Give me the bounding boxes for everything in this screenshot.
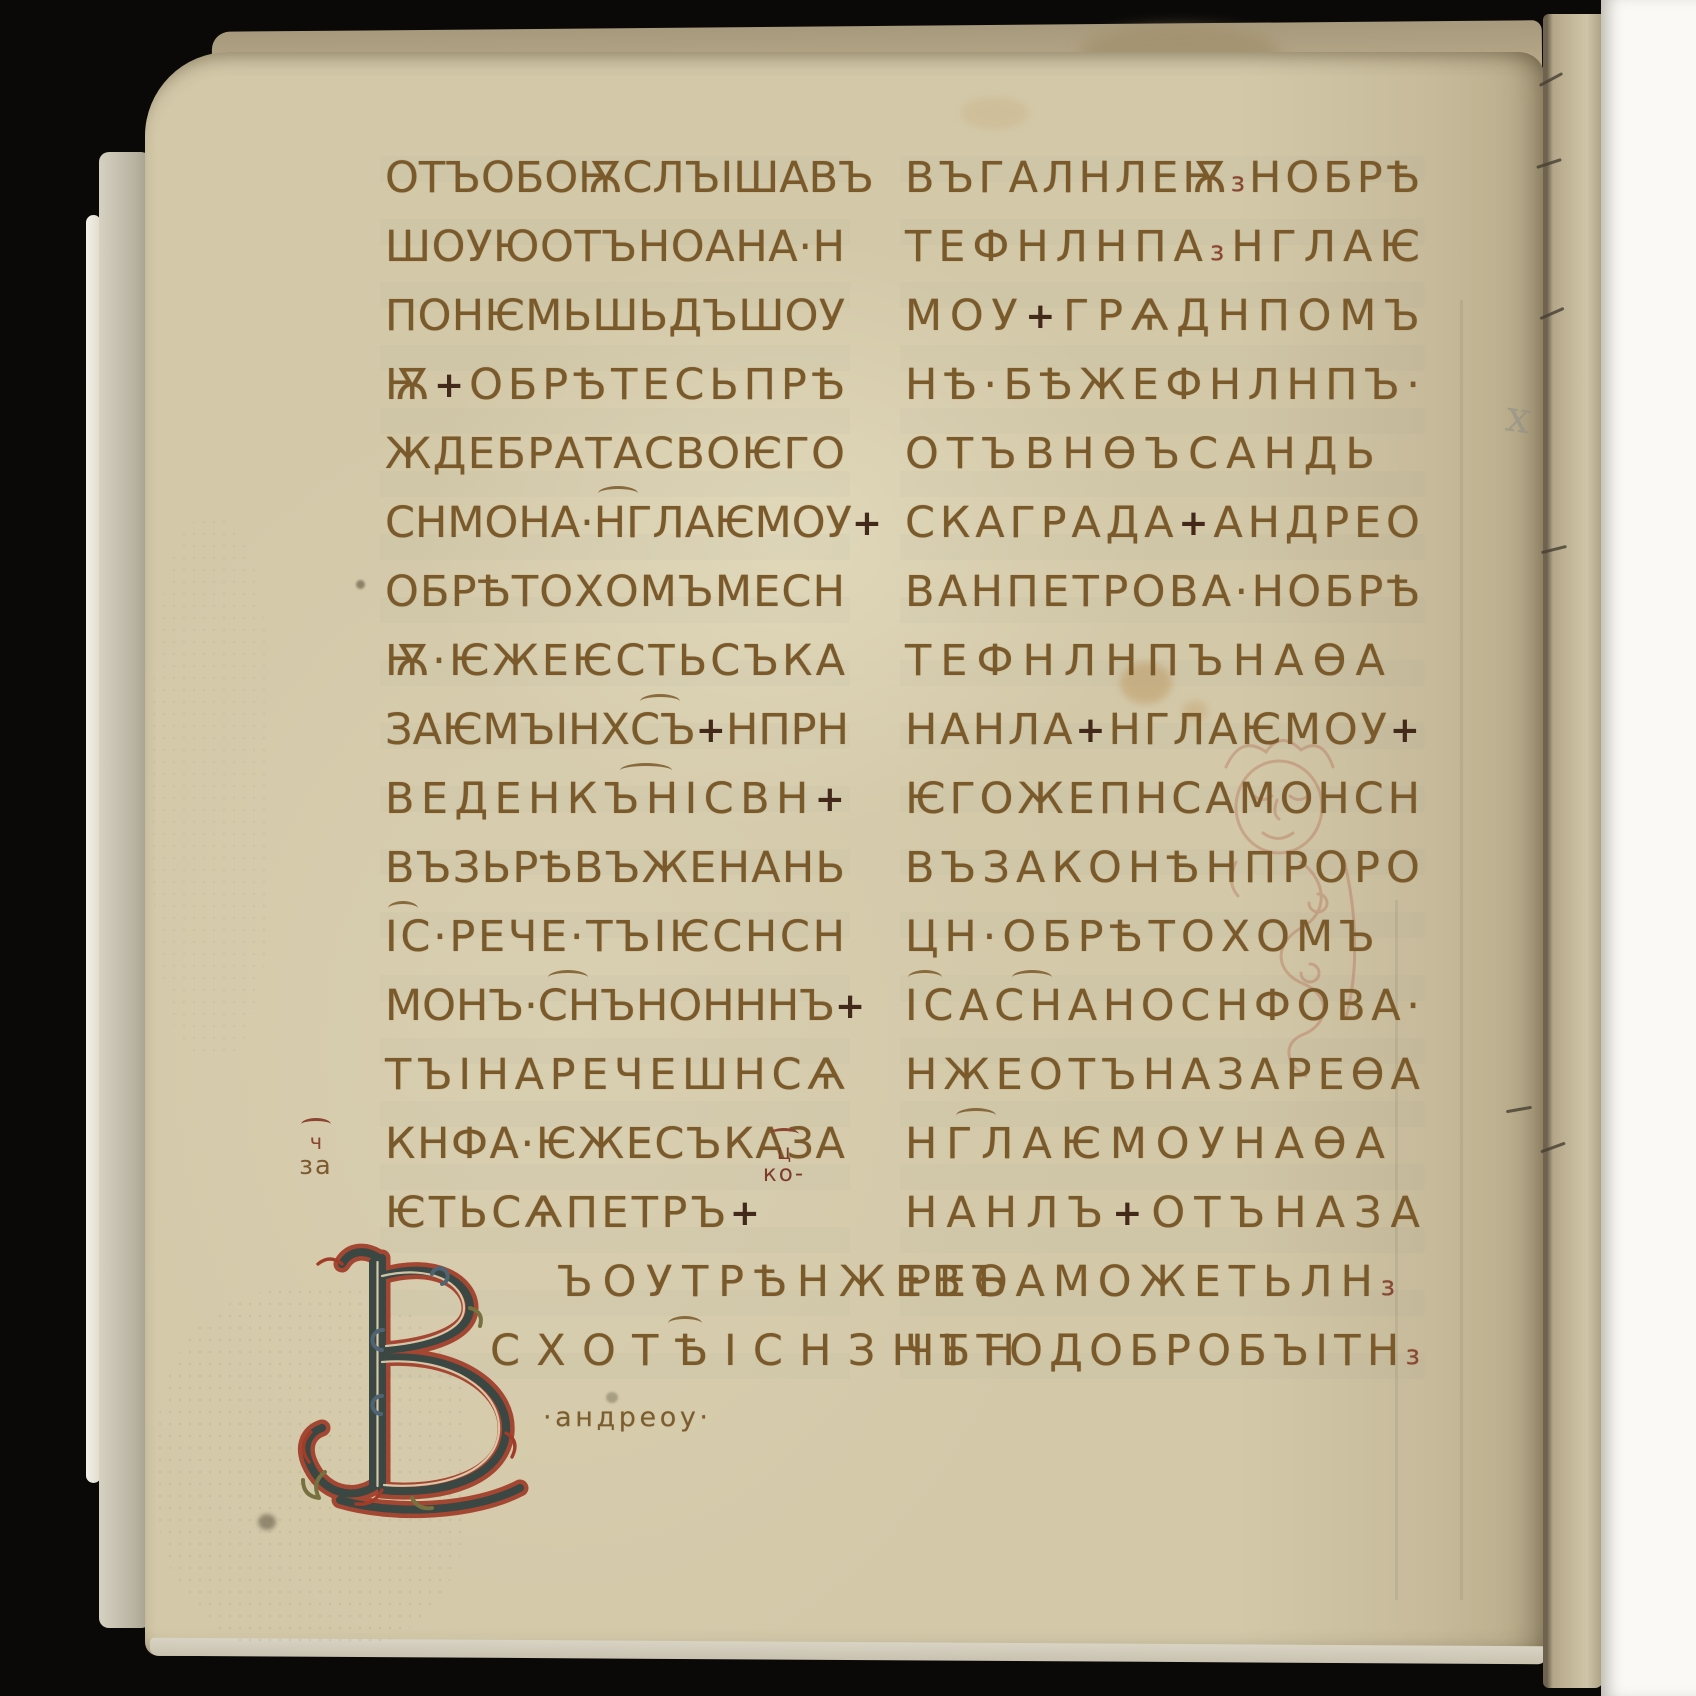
text-line: РЕѲАМОЖЕТЬЛНз xyxy=(905,1254,1395,1323)
text-line: МОУ+ГРѦДНПОМЪ xyxy=(905,288,1420,357)
ink-spot xyxy=(258,1514,276,1530)
ink-spot xyxy=(356,580,365,589)
titlo-mark xyxy=(1012,970,1052,985)
vellum-grain xyxy=(152,520,272,1060)
text-line: ЖДЕБРАТАСВОѤГО xyxy=(385,426,845,495)
text-line: ВАНПЕТРОВА·НОБРѢ xyxy=(905,564,1420,633)
text-line: ОБРѢТОХОМЪМЕСН xyxy=(385,564,845,633)
titlo-mark xyxy=(388,901,418,916)
text-line: ТЪІНАРЕЧЕШНСѦ xyxy=(385,1047,845,1116)
titlo-mark xyxy=(620,763,672,778)
text-line: ЦН·ОБРѢТОХОМЪ xyxy=(905,909,1375,978)
text-line: ѤГОЖЕПНСАМОНСН xyxy=(905,771,1420,840)
text-line: МОНЪ·СНЪНОНННЪ+ xyxy=(385,978,845,1047)
titlo-mark xyxy=(640,694,680,709)
margin-zachalo-mark: ч за xyxy=(290,1118,342,1179)
titlo-mark xyxy=(908,970,942,985)
manuscript-photo: х ОТЪОБОѬСЛЪІШАВЪ ШОУЮОТЪНОАНА·Н ПОНѤМЬШ… xyxy=(0,0,1696,1696)
stain xyxy=(960,96,1030,130)
text-line: НѢ·БѢЖЕФНЛНПЪ· xyxy=(905,357,1420,426)
text-line: ПОНѤМЬШЬДЪШОУ xyxy=(385,288,845,357)
text-column-right: ВЪГАЛНЛЕѬзНОБРѢ ТЕФНЛНПАзНГЛАѤ МОУ+ГРѦДН… xyxy=(905,150,1420,1392)
text-line: ІС·РЕЧЕ·ТЪІѤСНСН xyxy=(385,909,845,978)
text-line: ВЪЗЬРѢВЪЖЕНАНЬ xyxy=(385,840,845,909)
text-line: НАНЛЪ+ОТЪНАЗА xyxy=(905,1185,1420,1254)
illuminated-initial-V: В xyxy=(282,1236,587,1540)
text-line: ЧЬТОДОБРОБЪІТНз xyxy=(905,1323,1420,1392)
text-line: ВЪГАЛНЛЕѬзНОБРѢ xyxy=(905,150,1420,219)
text-line: ВЪЗАКОНѢНПРОРО xyxy=(905,840,1420,909)
text-line: ТЕФНЛНПАзНГЛАѤ xyxy=(905,219,1420,288)
text-line: ОТЪВНѲЪСАНДЬ xyxy=(905,426,1375,495)
text-line: СНМОНА·НГЛАѤМОУ+ xyxy=(385,495,845,564)
text-line: СКАГРАДА+АНДРЕО xyxy=(905,495,1420,564)
margin-konets-mark: ц ко- xyxy=(760,1128,808,1186)
text-line: ІСАСНАНОСНФОВА· xyxy=(905,978,1420,1047)
text-line: Ѭ+ОБРѢТЕСЬПРѢ xyxy=(385,357,845,426)
catchword: ·андреоу· xyxy=(543,1402,708,1433)
titlo-mark xyxy=(548,970,588,985)
text-line: ЗАѤМЪІНХСЪ+НПРН xyxy=(385,702,845,771)
next-folio-edge xyxy=(1601,0,1696,1696)
text-line: ВЕДЕНКЪНІСВН+ xyxy=(385,771,845,840)
text-line: Ѭ·ѤЖЕѤСТЬСЪКА xyxy=(385,633,845,702)
initial-letter-artwork xyxy=(282,1236,587,1536)
page-edge-gray xyxy=(99,152,151,1628)
text-line: НЖЕОТЪНАЗАРЕѲА xyxy=(905,1047,1420,1116)
crease-line xyxy=(1460,300,1463,1600)
text-line: НГЛАѤМОУНАѲА xyxy=(905,1116,1385,1185)
titlo-mark xyxy=(956,1108,996,1123)
text-column-left: ОТЪОБОѬСЛЪІШАВЪ ШОУЮОТЪНОАНА·Н ПОНѤМЬШЬД… xyxy=(385,150,845,1392)
titlo-mark xyxy=(598,486,638,501)
text-line: ОТЪОБОѬСЛЪІШАВЪ xyxy=(385,150,845,219)
text-line: ШОУЮОТЪНОАНА·Н xyxy=(385,219,845,288)
gutter-fold xyxy=(1543,14,1603,1688)
titlo-mark xyxy=(668,1316,702,1331)
text-line: ТЕФНЛНПЪНАѲА xyxy=(905,633,1385,702)
text-line: НАНЛА+НГЛАѤМОУ+ xyxy=(905,702,1420,771)
